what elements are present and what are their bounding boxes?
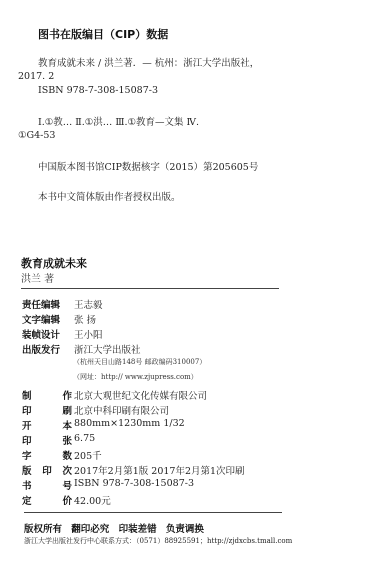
credit-label: 出版发行: [22, 342, 72, 356]
spec-value: 880mm×1230mm 1/32: [74, 418, 185, 432]
credit-value: 张 扬: [74, 312, 96, 326]
credit-row-text-editor: 文字编辑 张 扬: [22, 312, 96, 326]
credit-label: 文字编辑: [22, 312, 72, 326]
spec-label: 印张: [22, 433, 72, 447]
spec-value: 北京大观世纪文化传媒有限公司: [74, 388, 207, 402]
spec-label: 开本: [22, 418, 72, 432]
credit-row-editor: 责任编辑 王志毅: [22, 297, 103, 311]
spec-row-printer: 印刷 北京中科印刷有限公司: [22, 403, 169, 417]
credit-label: 责任编辑: [22, 297, 72, 311]
divider-bottom: [24, 512, 282, 513]
spec-row-price: 定价 42.00元: [22, 493, 111, 507]
divider-top: [21, 288, 279, 289]
spec-label: 版印次: [22, 463, 72, 477]
credit-value: 王小阳: [74, 327, 103, 341]
spec-row-format: 开本 880mm×1230mm 1/32: [22, 418, 185, 432]
spec-label: 定价: [22, 493, 72, 507]
spec-label: 印刷: [22, 403, 72, 417]
spec-row-production: 制作 北京大观世纪文化传媒有限公司: [22, 388, 207, 402]
credit-row-publisher: 出版发行 浙江大学出版社: [22, 342, 141, 356]
spec-value: 205千: [74, 448, 102, 462]
book-author: 洪兰 著: [21, 270, 54, 285]
cip-classification: Ⅰ.①教… Ⅱ.①洪… Ⅲ.①教育—文集 Ⅳ.: [38, 114, 199, 128]
cip-isbn: ISBN 978-7-308-15087-3: [38, 85, 158, 96]
cip-date: 2017. 2: [18, 71, 54, 82]
spec-label: 字数: [22, 448, 72, 462]
credit-row-designer: 装帧设计 王小阳: [22, 327, 103, 341]
spec-value: 42.00元: [74, 493, 111, 507]
cip-number: 中国版本图书馆CIP数据核字（2015）第205605号: [38, 159, 258, 173]
spec-value: 6.75: [74, 433, 95, 447]
authorization-note: 本书中文简体版由作者授权出版。: [38, 189, 181, 203]
spec-label: 制作: [22, 388, 72, 402]
cip-classification-code: ①G4-53: [18, 130, 55, 141]
credit-label: 装帧设计: [22, 327, 72, 341]
cip-title: 图书在版编目（CIP）数据: [38, 26, 168, 42]
credit-value: 王志毅: [74, 297, 103, 311]
spec-row-isbn: 书号 ISBN 978-7-308-15087-3: [22, 478, 194, 492]
spec-value: 北京中科印刷有限公司: [74, 403, 169, 417]
book-title: 教育成就未来: [21, 255, 87, 271]
rights-notice: 版权所有 翻印必究 印装差错 负责调换: [24, 521, 204, 535]
spec-row-wordcount: 字数 205千: [22, 448, 102, 462]
spec-row-sheets: 印张 6.75: [22, 433, 95, 447]
credit-value: 浙江大学出版社: [74, 342, 141, 356]
spec-label: 书号: [22, 478, 72, 492]
cip-bibliographic-line: 教育成就未来 / 洪兰著．— 杭州：浙江大学出版社，: [38, 55, 259, 69]
spec-value: ISBN 978-7-308-15087-3: [74, 478, 194, 492]
contact-info: 浙江大学出版社发行中心联系方式：（0571）88925591；http://zj…: [24, 536, 292, 546]
publisher-website: （网址：http:// www.zjupress.com）: [73, 372, 198, 382]
publisher-address: （杭州天目山路148号 邮政编码310007）: [73, 357, 206, 367]
spec-value: 2017年2月第1版 2017年2月第1次印刷: [74, 463, 245, 477]
spec-row-edition: 版印次 2017年2月第1版 2017年2月第1次印刷: [22, 463, 245, 477]
